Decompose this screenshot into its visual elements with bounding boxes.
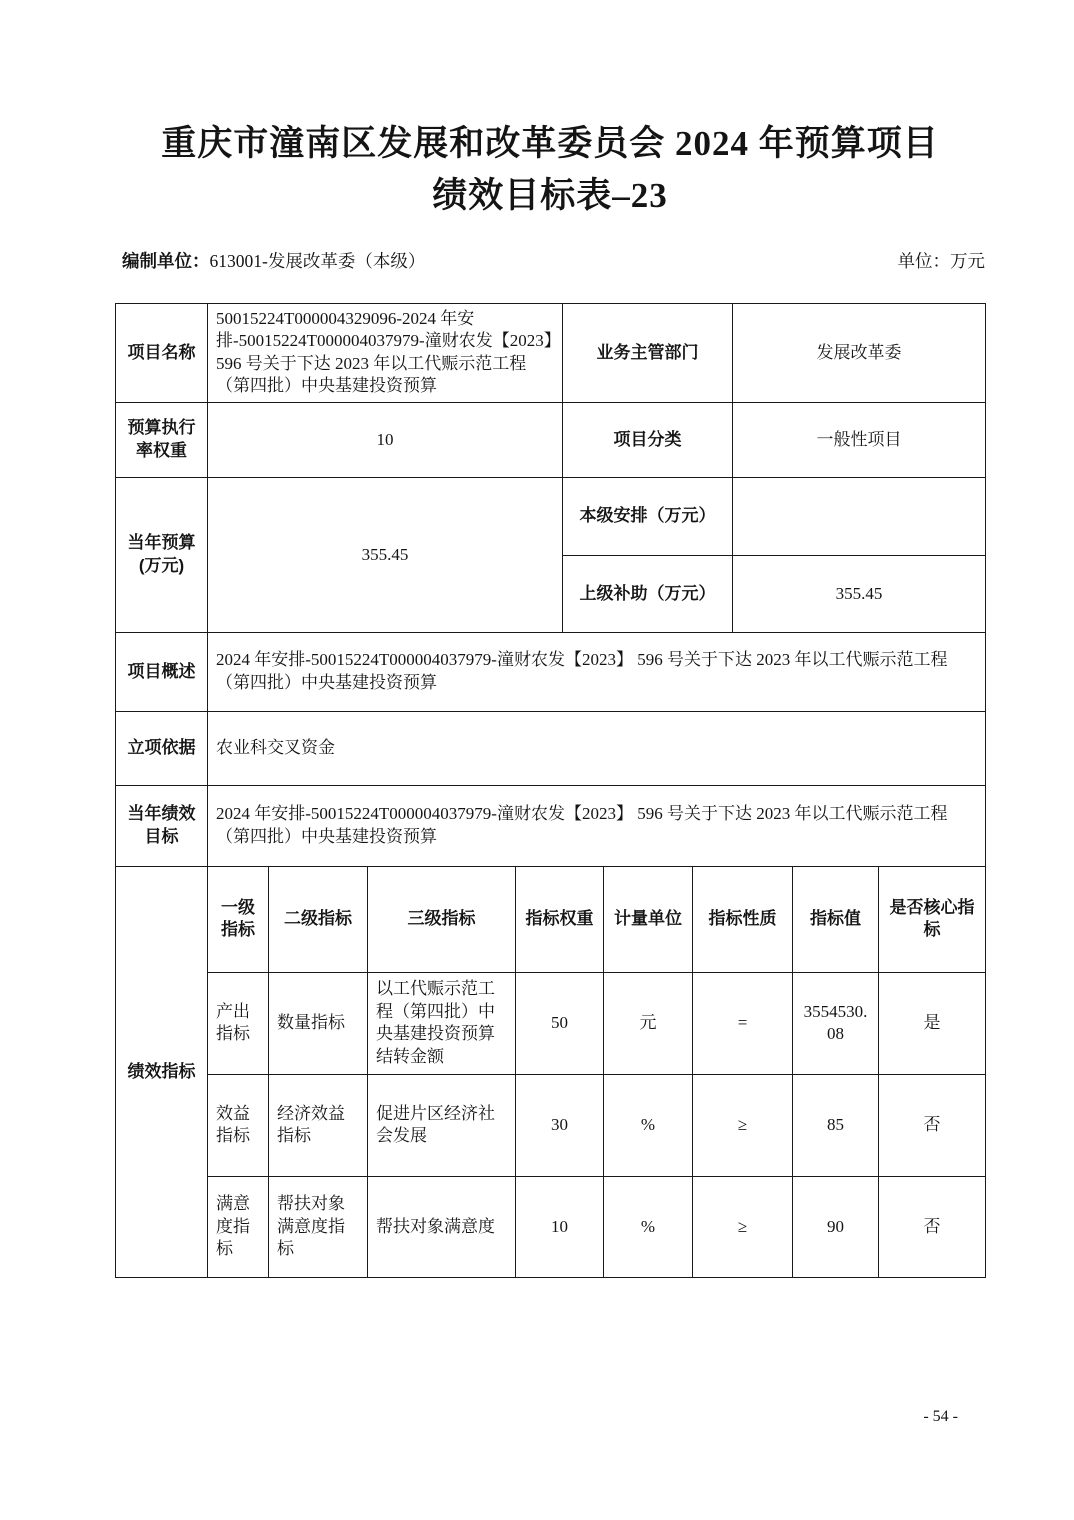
meta-row: 编制单位：613001-发展改革委（本级） 单位：万元 (122, 248, 985, 273)
page-title-line1: 重庆市潼南区发展和改革委员会 2024 年预算项目 (111, 118, 989, 170)
superior-subsidy-value: 355.45 (733, 555, 986, 632)
performance-indicator-label: 绩效指标 (116, 866, 208, 1277)
indicator-level2: 数量指标 (269, 972, 368, 1074)
header-value: 指标值 (793, 866, 879, 972)
exec-weight-value: 10 (208, 402, 563, 477)
indicator-row: 满意度指标 帮扶对象满意度指标 帮扶对象满意度 10 % ≥ 90 否 (116, 1176, 986, 1277)
header-level2: 二级指标 (269, 866, 368, 972)
compiling-unit-value: 613001-发展改革委（本级） (210, 251, 426, 271)
local-arrangement-label: 本级安排（万元） (563, 477, 733, 555)
page-title: 重庆市潼南区发展和改革委员会 2024 年预算项目 绩效目标表–23 (111, 118, 989, 222)
indicator-level3: 以工代赈示范工程（第四批）中央基建投资预算结转金额 (368, 972, 516, 1074)
indicator-level1: 满意度指标 (208, 1176, 269, 1277)
header-unit: 计量单位 (604, 866, 693, 972)
annual-goal-label: 当年绩效目标 (116, 785, 208, 866)
indicator-core: 是 (879, 972, 986, 1074)
indicator-weight: 10 (516, 1176, 604, 1277)
basis-label: 立项依据 (116, 711, 208, 785)
category-label: 项目分类 (563, 402, 733, 477)
budget-value: 355.45 (208, 477, 563, 632)
header-nature: 指标性质 (693, 866, 793, 972)
indicator-level3: 促进片区经济社会发展 (368, 1074, 516, 1176)
table-row: 预算执行率权重 10 项目分类 一般性项目 (116, 402, 986, 477)
indicator-level3: 帮扶对象满意度 (368, 1176, 516, 1277)
indicator-level1: 效益指标 (208, 1074, 269, 1176)
indicator-header-row: 绩效指标 一级指标 二级指标 三级指标 指标权重 计量单位 指标性质 指标值 是… (116, 866, 986, 972)
overview-value: 2024 年安排-50015224T000004037979-潼财农发【2023… (208, 632, 986, 711)
unit-note: 单位：万元 (898, 248, 986, 273)
indicator-unit: % (604, 1176, 693, 1277)
indicator-unit: % (604, 1074, 693, 1176)
budget-performance-table: 项目名称 50015224T000004329096-2024 年安排-5001… (115, 303, 986, 1278)
header-core: 是否核心指标 (879, 866, 986, 972)
indicator-nature: ≥ (693, 1074, 793, 1176)
page-title-line2: 绩效目标表–23 (111, 170, 989, 222)
indicator-level2: 帮扶对象满意度指标 (269, 1176, 368, 1277)
header-level1: 一级指标 (208, 866, 269, 972)
project-name-value: 50015224T000004329096-2024 年安排-50015224T… (208, 304, 563, 403)
indicator-nature: ≥ (693, 1176, 793, 1277)
local-arrangement-value (733, 477, 986, 555)
indicator-level1: 产出指标 (208, 972, 269, 1074)
indicator-weight: 30 (516, 1074, 604, 1176)
compiling-unit-label: 编制单位： (122, 251, 210, 271)
dept-value: 发展改革委 (733, 304, 986, 403)
table-row: 项目名称 50015224T000004329096-2024 年安排-5001… (116, 304, 986, 403)
basis-value: 农业科交叉资金 (208, 711, 986, 785)
overview-label: 项目概述 (116, 632, 208, 711)
compiling-unit: 编制单位：613001-发展改革委（本级） (122, 248, 425, 273)
indicator-unit: 元 (604, 972, 693, 1074)
indicator-weight: 50 (516, 972, 604, 1074)
table-row: 立项依据 农业科交叉资金 (116, 711, 986, 785)
project-name-label: 项目名称 (116, 304, 208, 403)
document-page: 重庆市潼南区发展和改革委员会 2024 年预算项目 绩效目标表–23 编制单位：… (0, 0, 1074, 1520)
page-number: - 54 - (923, 1408, 958, 1426)
indicator-row: 产出指标 数量指标 以工代赈示范工程（第四批）中央基建投资预算结转金额 50 元… (116, 972, 986, 1074)
annual-goal-value: 2024 年安排-50015224T000004037979-潼财农发【2023… (208, 785, 986, 866)
indicator-row: 效益指标 经济效益指标 促进片区经济社会发展 30 % ≥ 85 否 (116, 1074, 986, 1176)
header-weight: 指标权重 (516, 866, 604, 972)
indicator-nature: = (693, 972, 793, 1074)
table-row: 当年绩效目标 2024 年安排-50015224T000004037979-潼财… (116, 785, 986, 866)
indicator-value: 85 (793, 1074, 879, 1176)
budget-label: 当年预算(万元) (116, 477, 208, 632)
table-row: 当年预算(万元) 355.45 本级安排（万元） (116, 477, 986, 555)
table-row: 项目概述 2024 年安排-50015224T000004037979-潼财农发… (116, 632, 986, 711)
indicator-core: 否 (879, 1074, 986, 1176)
superior-subsidy-label: 上级补助（万元） (563, 555, 733, 632)
header-level3: 三级指标 (368, 866, 516, 972)
indicator-level2: 经济效益指标 (269, 1074, 368, 1176)
category-value: 一般性项目 (733, 402, 986, 477)
indicator-core: 否 (879, 1176, 986, 1277)
indicator-value: 3554530.08 (793, 972, 879, 1074)
indicator-value: 90 (793, 1176, 879, 1277)
exec-weight-label: 预算执行率权重 (116, 402, 208, 477)
dept-label: 业务主管部门 (563, 304, 733, 403)
